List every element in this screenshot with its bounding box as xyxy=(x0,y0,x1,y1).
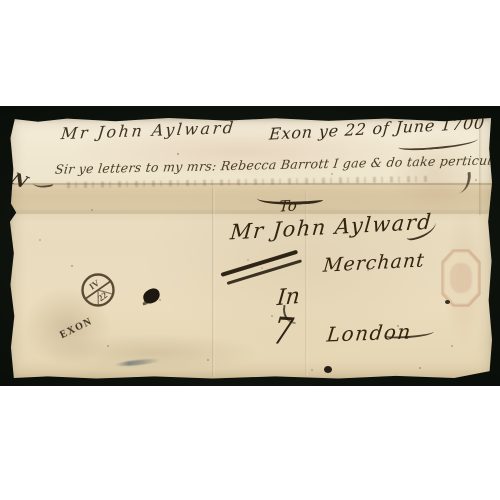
exon-town-stamp: EXON xyxy=(58,316,94,341)
wax-seal-core xyxy=(450,263,472,293)
vertical-fold-line-left xyxy=(212,187,215,377)
city-underline-dash xyxy=(384,328,434,340)
letter-sheet: Mr John Aylward Exon ye 22 of June 1700 … xyxy=(9,117,493,379)
wax-seal xyxy=(441,249,481,307)
memo-line: Sir ye letters to my mrs: Rebecca Barrot… xyxy=(54,154,500,176)
address-occupation: Merchant xyxy=(322,251,425,275)
ink-dot xyxy=(324,366,332,373)
ink-blot xyxy=(141,287,161,305)
paper-specks xyxy=(9,117,11,119)
address-addressee: Mr John Aylward xyxy=(229,212,433,244)
postal-rate-mark: 7 xyxy=(271,313,295,351)
address-salutation: To xyxy=(278,198,297,214)
ink-smudge xyxy=(115,358,161,368)
dateline-underline-flourish xyxy=(398,134,479,152)
docket-name: Mr John Aylward xyxy=(60,120,236,142)
lot-photo: Mr John Aylward Exon ye 22 of June 1700 … xyxy=(0,106,500,386)
ink-dot-small xyxy=(445,300,450,304)
auction-lot-page: Mr John Aylward Exon ye 22 of June 1700 … xyxy=(0,0,500,500)
bishop-mark-postmark: IV 22 xyxy=(78,270,118,310)
